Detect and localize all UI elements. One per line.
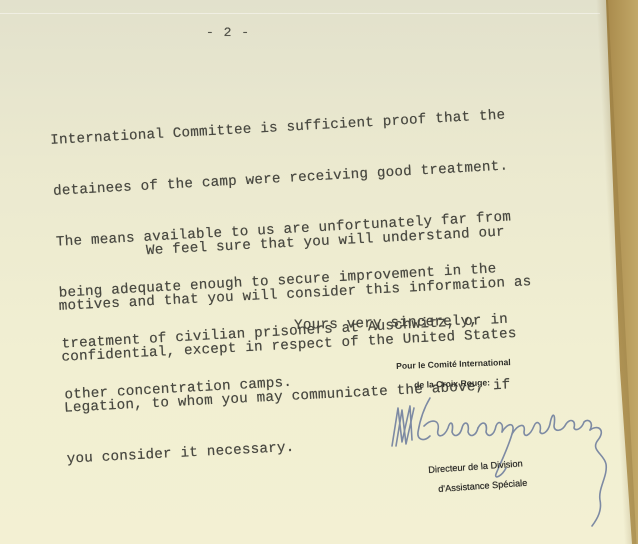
page-number: - 2 - — [206, 24, 250, 41]
text-line: International Committee is sufficient pr… — [50, 108, 506, 150]
text-line: motives and that you will consider this … — [58, 274, 531, 316]
text-line: We feel sure that you will understand ou… — [56, 223, 529, 265]
